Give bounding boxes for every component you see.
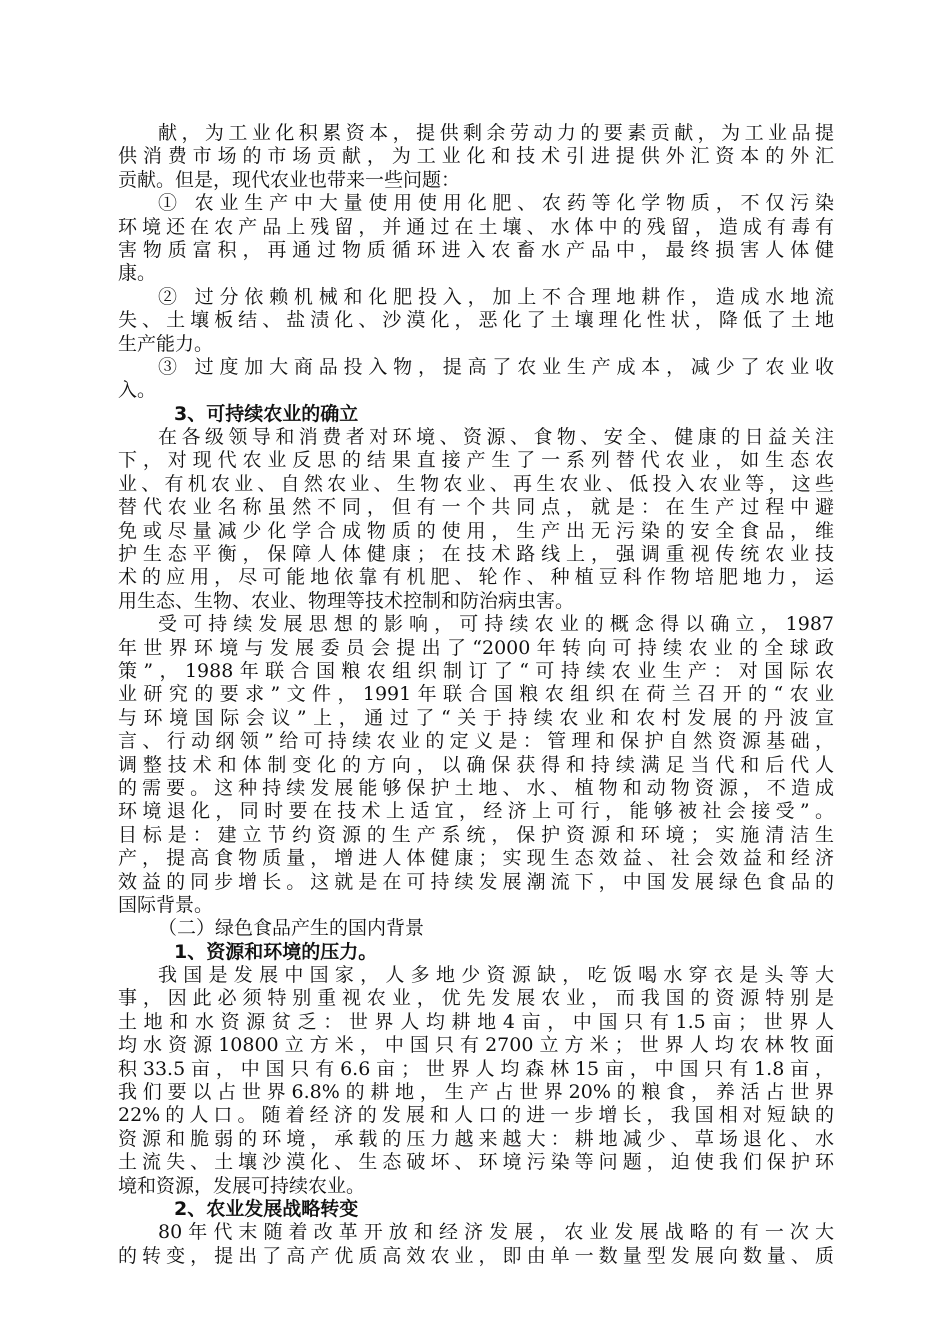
paragraph-line: 在各级领导和消费者对环境、资源、食物、安全、健康的日益关注 — [118, 426, 834, 449]
paragraph-line: 80年代末随着改革开放和经济发展，农业发展战略的有一次大 — [118, 1221, 834, 1244]
paragraph-line: 境和资源，发展可持续农业。 — [118, 1175, 834, 1198]
section-heading: 2、农业发展战略转变 — [118, 1198, 834, 1221]
paragraph-line: 用生态、生物、农业、物理等技术控制和防治病虫害。 — [118, 590, 834, 613]
paragraph-line: 我们要以占世界6.8%的耕地，生产占世界20%的粮食，养活占世界 — [118, 1081, 834, 1104]
paragraph-line: 年世界环境与发展委员会提出了“2000年转向可持续农业的全球政 — [118, 637, 834, 660]
paragraph-line: 环境退化，同时要在技术上适宜，经济上可行，能够被社会接受”。 — [118, 800, 834, 823]
paragraph-line: 资源和脆弱的环境，承载的压力越来越大：耕地减少、草场退化、水 — [118, 1128, 834, 1151]
paragraph-line: 的转变，提出了高产优质高效农业，即由单一数量型发展向数量、质 — [118, 1245, 834, 1268]
paragraph-line: ① 农业生产中大量使用使用化肥、农药等化学物质，不仅污染 — [118, 192, 834, 215]
section-title: （二）绿色食品产生的国内背景 — [118, 917, 834, 940]
paragraph-line: 入。 — [118, 379, 834, 402]
paragraph-line: 均水资源10800立方米，中国只有2700立方米；世界人均农林牧面 — [118, 1034, 834, 1057]
document-page: 献，为工业化积累资本，提供剩余劳动力的要素贡献，为工业品提供消费市场的市场贡献，… — [118, 122, 834, 1268]
paragraph-line: 言、行动纲领”给可持续农业的定义是：管理和保护自然资源基础， — [118, 730, 834, 753]
paragraph-line: 受可持续发展思想的影响，可持续农业的概念得以确立，1987 — [118, 613, 834, 636]
paragraph-line: 下，对现代农业反思的结果直接产生了一系列替代农业，如生态农 — [118, 449, 834, 472]
paragraph-line: 策”，1988年联合国粮农组织制订了“可持续农业生产：对国际农 — [118, 660, 834, 683]
paragraph-line: 免或尽量减少化学合成物质的使用，生产出无污染的安全食品，维 — [118, 520, 834, 543]
paragraph-line: 业研究的要求”文件，1991年联合国粮农组织在荷兰召开的“农业 — [118, 683, 834, 706]
paragraph-line: 目标是：建立节约资源的生产系统，保护资源和环境；实施清洁生 — [118, 824, 834, 847]
section-heading: 1、资源和环境的压力。 — [118, 941, 834, 964]
paragraph-line: 环境还在农产品上残留，并通过在土壤、水体中的残留，造成有毒有 — [118, 216, 834, 239]
paragraph-line: ③ 过度加大商品投入物，提高了农业生产成本，减少了农业收 — [118, 356, 834, 379]
paragraph-line: 22%的人口。随着经济的发展和人口的进一步增长，我国相对短缺的 — [118, 1104, 834, 1127]
paragraph-line: 献，为工业化积累资本，提供剩余劳动力的要素贡献，为工业品提 — [118, 122, 834, 145]
paragraph-line: 失、土壤板结、盐渍化、沙漠化，恶化了土壤理化性状，降低了土地 — [118, 309, 834, 332]
paragraph-line: 事，因此必须特别重视农业，优先发展农业，而我国的资源特别是 — [118, 987, 834, 1010]
paragraph-line: 业、有机农业、自然农业、生物农业、再生农业、低投入农业等，这些 — [118, 473, 834, 496]
paragraph-line: 积33.5亩，中国只有6.6亩；世界人均森林15亩，中国只有1.8亩， — [118, 1058, 834, 1081]
paragraph-line: 替代农业名称虽然不同，但有一个共同点，就是：在生产过程中避 — [118, 496, 834, 519]
paragraph-line: 土流失、土壤沙漠化、生态破坏、环境污染等问题，迫使我们保护环 — [118, 1151, 834, 1174]
paragraph-line: 供消费市场的市场贡献，为工业化和技术引进提供外汇资本的外汇 — [118, 145, 834, 168]
paragraph-line: 国际背景。 — [118, 894, 834, 917]
paragraph-line: 害物质富积，再通过物质循环进入农畜水产品中，最终损害人体健 — [118, 239, 834, 262]
paragraph-line: 效益的同步增长。这就是在可持续发展潮流下，中国发展绿色食品的 — [118, 871, 834, 894]
paragraph-line: 调整技术和体制变化的方向，以确保获得和持续满足当代和后代人 — [118, 754, 834, 777]
paragraph-line: 的需要。这种持续发展能够保护土地、水、植物和动物资源，不造成 — [118, 777, 834, 800]
paragraph-line: 术的应用，尽可能地依靠有机肥、轮作、种植豆科作物培肥地力，运 — [118, 566, 834, 589]
paragraph-line: 与环境国际会议”上，通过了“关于持续农业和农村发展的丹波宣 — [118, 707, 834, 730]
paragraph-line: 贡献。但是，现代农业也带来一些问题： — [118, 169, 834, 192]
paragraph-line: 护生态平衡，保障人体健康；在技术路线上，强调重视传统农业技 — [118, 543, 834, 566]
paragraph-line: 康。 — [118, 262, 834, 285]
paragraph-line: 生产能力。 — [118, 333, 834, 356]
paragraph-line: 土地和水资源贫乏：世界人均耕地4亩，中国只有1.5亩；世界人 — [118, 1011, 834, 1034]
paragraph-line: 我国是发展中国家，人多地少资源缺，吃饭喝水穿衣是头等大 — [118, 964, 834, 987]
paragraph-line: ② 过分依赖机械和化肥投入，加上不合理地耕作，造成水地流 — [118, 286, 834, 309]
section-heading: 3、可持续农业的确立 — [118, 403, 834, 426]
paragraph-line: 产，提高食物质量，增进人体健康；实现生态效益、社会效益和经济 — [118, 847, 834, 870]
